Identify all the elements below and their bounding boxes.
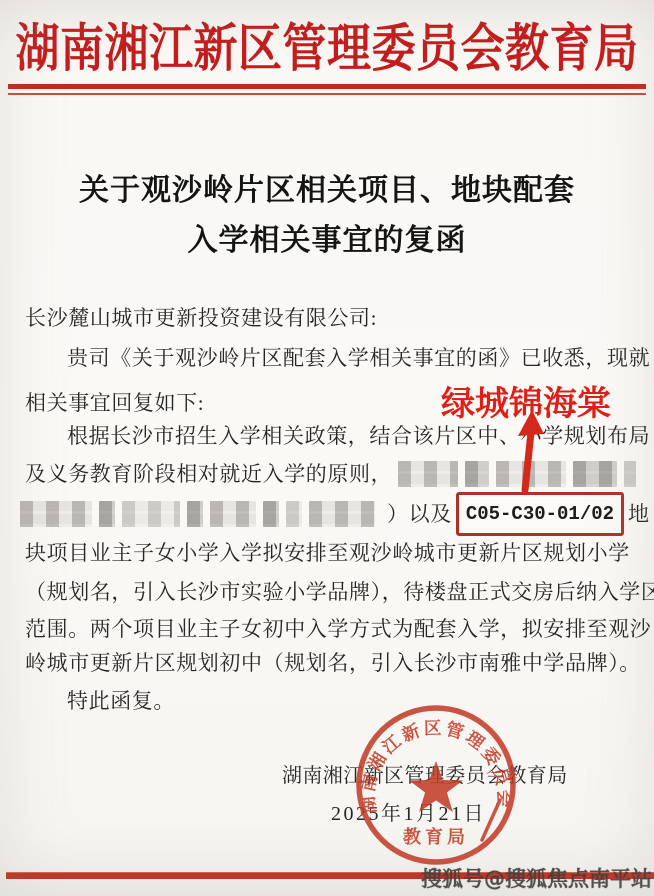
letterhead-rule-thin [8, 93, 646, 95]
seal-bottom-text: 教育局 [402, 826, 469, 847]
closing-line: 特此函复。 [25, 686, 654, 716]
redaction-block [286, 501, 302, 527]
scanned-official-letter: 湖南湘江新区管理委员会教育局 关于观沙岭片区相关项目、地块配套 入学相关事宜的复… [0, 0, 654, 896]
redaction-block [624, 461, 636, 487]
paragraph2-line5: （规划名，引入长沙市实验小学品牌），待楼盘正式交房后纳入学区 [25, 577, 635, 607]
paragraph2-line3-end: 地 [628, 499, 650, 529]
plot-code-redbox: C05-C30-01/02 [456, 492, 624, 536]
document-title-line2: 入学相关事宜的复函 [0, 216, 654, 266]
letterhead-title: 湖南湘江新区管理委员会教育局 [0, 6, 654, 82]
redaction-block [99, 501, 115, 527]
paragraph2-line3: ）以及 C05-C30-01/02 地 [20, 492, 630, 536]
seal-star-icon [409, 761, 463, 812]
redaction-block [263, 501, 279, 527]
official-seal: 湖南湘江新区管理委员会 教育局 [350, 700, 522, 872]
letterhead-rule-thick [8, 84, 646, 89]
redaction-block [210, 501, 256, 527]
redaction-block [398, 461, 458, 487]
paragraph2-line7: 岭城市更新片区规划初中（规划名，引入长沙市南雅中学品牌）。 [25, 648, 635, 678]
redacted-mosaic [20, 501, 375, 527]
paragraph2-line3-mid: ）以及 [387, 499, 452, 529]
redaction-block [122, 501, 180, 527]
redaction-block [465, 461, 489, 487]
redaction-block [187, 501, 203, 527]
document-title: 关于观沙岭片区相关项目、地块配套 入学相关事宜的复函 [0, 166, 654, 266]
redaction-block [309, 501, 375, 527]
paragraph2-line2-text: 及义务教育阶段相对就近入学的原则， [25, 459, 392, 489]
redaction-block [20, 501, 92, 527]
document-title-line1: 关于观沙岭片区相关项目、地块配套 [0, 166, 654, 216]
redaction-block [573, 461, 617, 487]
paragraph1-line1: 贵司《关于观沙岭片区配套入学相关事宜的函》已收悉，现就 [25, 343, 654, 373]
paragraph2-line1: 根据长沙市招生入学相关政策，结合该片区中、小学规划布局 [25, 421, 654, 451]
watermark-text: 搜狐号@搜狐焦点南平站 [421, 863, 652, 893]
addressee-line: 长沙麓山城市更新投资建设有限公司: [25, 303, 635, 333]
paragraph2-line6: 范围。两个项目业主子女初中入学方式为配套入学，拟安排至观沙 [25, 614, 635, 644]
paragraph2-line4: 块项目业主子女小学入学拟安排至观沙岭城市更新片区规划小学 [25, 538, 635, 568]
annotation-arrow-icon [503, 408, 555, 494]
